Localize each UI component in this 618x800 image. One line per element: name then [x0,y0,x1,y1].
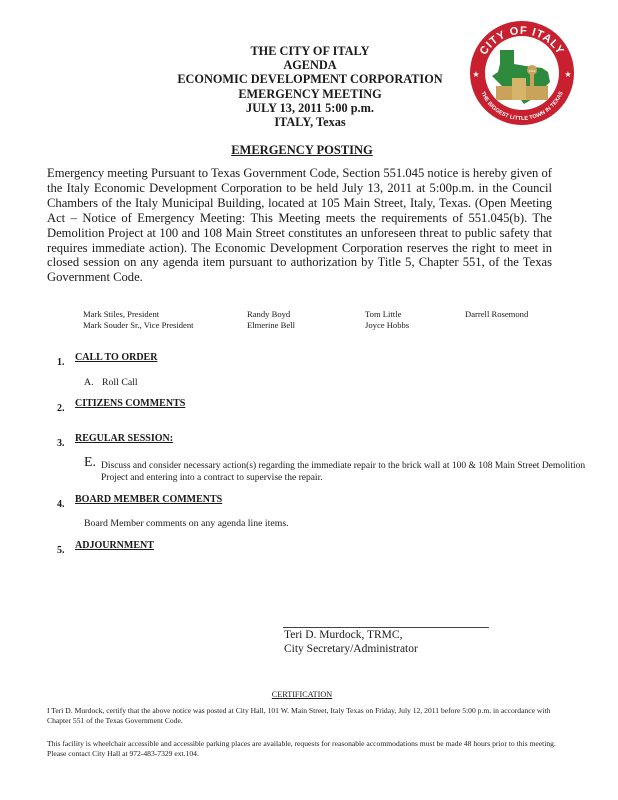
city-seal-logo: 1902 Est. 1879 CITY OF ITALY THE BIGGEST… [462,20,582,126]
board-member: Elmerine Bell [247,320,295,331]
document-header: THE CITY OF ITALY AGENDA ECONOMIC DEVELO… [150,44,470,129]
agenda-subitem-label: E. [84,455,96,471]
agenda-item-1: 1. CALL TO ORDER [57,352,65,370]
header-meeting-type: EMERGENCY MEETING [150,87,470,101]
board-member: Mark Stiles, President [83,309,194,320]
agenda-item-title: ADJOURNMENT [75,540,154,551]
agenda-item-title: CITIZENS COMMENTS [75,398,185,409]
board-member: Mark Souder Sr., Vice President [83,320,194,331]
svg-text:★: ★ [472,70,479,79]
signature-title: City Secretary/Administrator [284,642,418,656]
board-column-2: Randy Boyd Elmerine Bell [247,309,295,331]
header-organization: ECONOMIC DEVELOPMENT CORPORATION [150,72,470,86]
agenda-item-4: 4. BOARD MEMBER COMMENTS [57,494,65,512]
agenda-item-5: 5. ADJOURNMENT [57,540,65,558]
agenda-subitem-board-comments: Board Member comments on any agenda line… [84,518,289,529]
board-column-1: Mark Stiles, President Mark Souder Sr., … [83,309,194,331]
certification-text: I Teri D. Murdock, certify that the abov… [47,706,567,725]
signature-name: Teri D. Murdock, TRMC, [284,628,418,642]
board-member: Joyce Hobbs [365,320,409,331]
certification-title: CERTIFICATION [0,690,604,699]
agenda-subitem-roll-call: A. Roll Call [84,377,94,388]
svg-text:Est.: Est. [530,50,540,56]
svg-text:★: ★ [564,70,571,79]
board-column-4: Darrell Rosemond [465,309,528,320]
agenda-item-title: CALL TO ORDER [75,352,157,363]
agenda-subitem-regular-session: Discuss and consider necessary action(s)… [101,460,601,484]
agenda-item-2: 2. CITIZENS COMMENTS [57,398,65,416]
header-agenda: AGENDA [150,58,470,72]
signature-block: Teri D. Murdock, TRMC, City Secretary/Ad… [284,628,418,656]
accessibility-notice: This facility is wheelchair accessible a… [47,739,567,758]
board-member: Darrell Rosemond [465,309,528,320]
board-member: Randy Boyd [247,309,295,320]
emergency-posting-title: EMERGENCY POSTING [0,143,604,158]
header-location: ITALY, Texas [150,115,470,129]
board-column-3: Tom Little Joyce Hobbs [365,309,409,331]
svg-text:1902: 1902 [529,69,536,73]
agenda-item-title: REGULAR SESSION: [75,433,173,444]
header-city: THE CITY OF ITALY [150,44,470,58]
agenda-item-title: BOARD MEMBER COMMENTS [75,494,222,505]
emergency-posting-body: Emergency meeting Pursuant to Texas Gove… [47,166,552,285]
header-date: JULY 13, 2011 5:00 p.m. [150,101,470,115]
agenda-item-3: 3. REGULAR SESSION: [57,433,65,451]
board-member: Tom Little [365,309,409,320]
svg-text:1879: 1879 [529,57,541,63]
